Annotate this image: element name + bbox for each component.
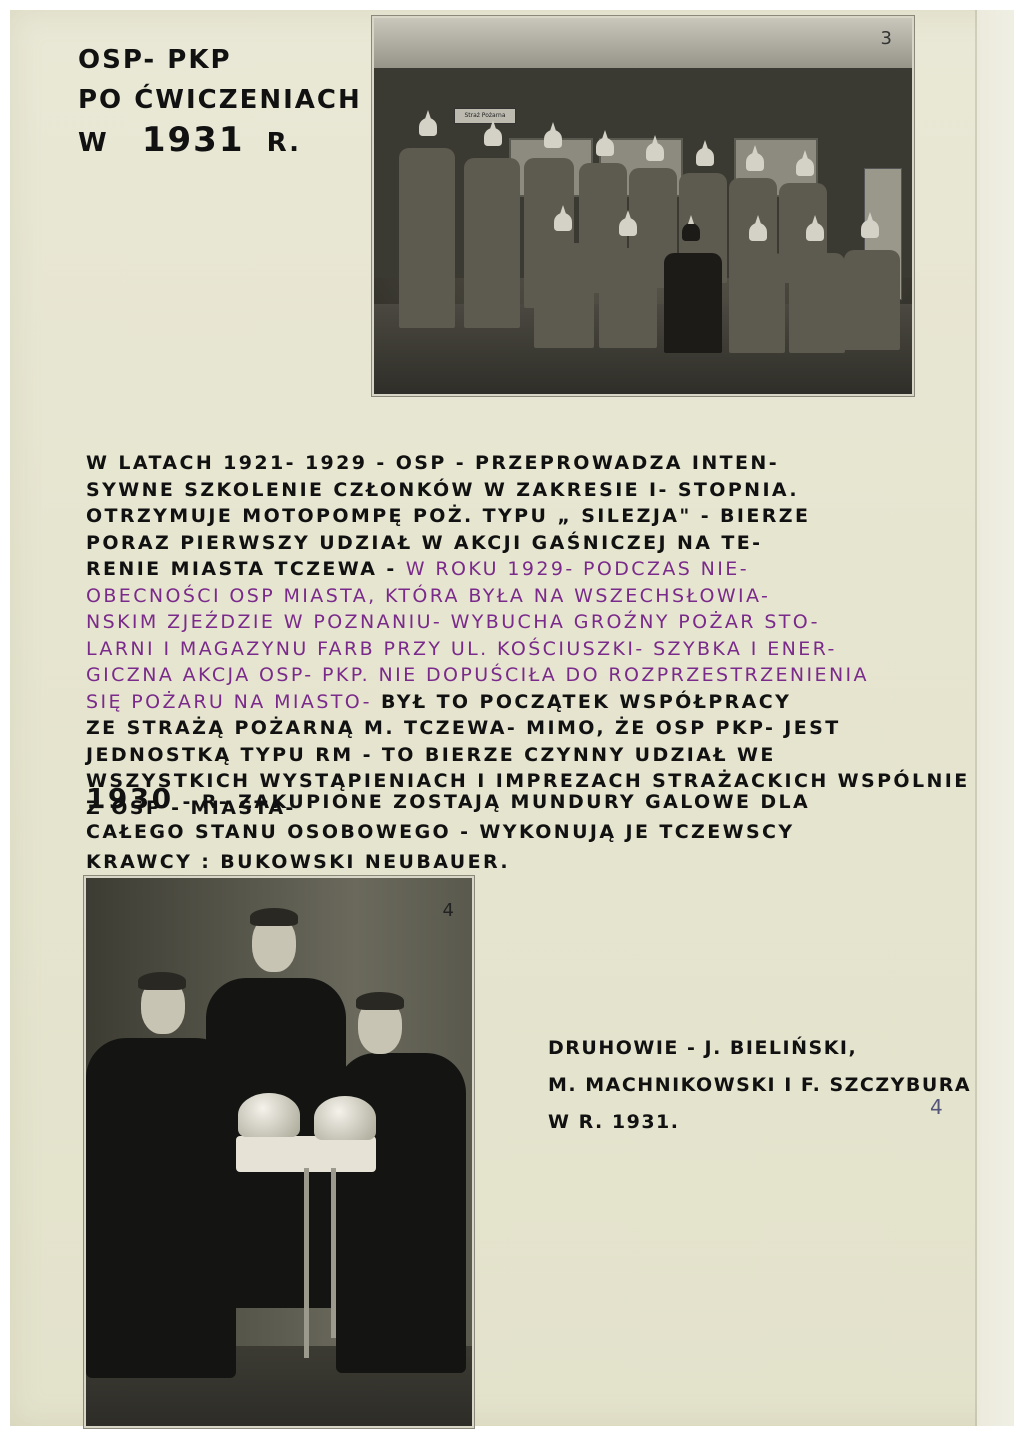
text-segment: - R- ZAKUPIONE ZOSTAJĄ MUNDURY GALOWE DL… — [174, 791, 811, 813]
title-line-3: W 1931 R. — [78, 120, 362, 163]
history-paragraph-1930: 1930 - R- ZAKUPIONE ZOSTAJĄ MUNDURY GALO… — [86, 784, 810, 877]
title-line-2: PO ĆWICZENIACH — [78, 80, 362, 120]
left-man-hair — [138, 972, 186, 990]
portrait-caption: DRUHOWIE - J. BIELIŃSKI, M. MACHNIKOWSKI… — [548, 1030, 971, 1141]
text-line: 1930 - R- ZAKUPIONE ZOSTAJĄ MUNDURY GALO… — [86, 784, 810, 817]
table-leg — [304, 1168, 309, 1358]
photo-number-4: 4 — [443, 900, 454, 921]
table-leg — [331, 1168, 336, 1338]
title-prefix: W — [78, 128, 109, 158]
caption-line-1: DRUHOWIE - J. BIELIŃSKI, — [548, 1030, 971, 1067]
left-man-uniform — [86, 1038, 236, 1378]
purple-ink-text: SIĘ POŻARU NA MIASTO- — [86, 691, 372, 713]
title-line-1: OSP- PKP — [78, 40, 362, 80]
right-man-hair — [356, 992, 404, 1010]
caption-line-2: M. MACHNIKOWSKI I F. SZCZYBURA — [548, 1067, 971, 1104]
portrait-photo: 4 — [84, 876, 474, 1428]
brass-helmet — [238, 1093, 300, 1137]
station-sign: Straż Pożarna — [454, 108, 516, 124]
page-edge — [977, 10, 1014, 1426]
purple-ink-text: W ROKU 1929- PODCZAS NIE- — [406, 558, 749, 580]
page-mark: 4 — [930, 1095, 943, 1119]
purple-ink-line: LARNI I MAGAZYNU FARB PRZY UL. KOŚCIUSZK… — [86, 636, 970, 663]
page-title: OSP- PKP PO ĆWICZENIACH W 1931 R. — [78, 40, 362, 163]
purple-ink-line: OBECNOŚCI OSP MIASTA, KTÓRA BYŁA NA WSZE… — [86, 583, 970, 610]
text-line: W LATACH 1921- 1929 - OSP - PRZEPROWADZA… — [86, 450, 970, 477]
purple-ink-line: GICZNA AKCJA OSP- PKP. NIE DOPUŚCIŁA DO … — [86, 662, 970, 689]
history-paragraph-1921-1929: W LATACH 1921- 1929 - OSP - PRZEPROWADZA… — [86, 450, 970, 821]
caption-line-3: W R. 1931. — [548, 1104, 971, 1141]
purple-ink-line: NSKIM ZJEŹDZIE W POZNANIU- WYBUCHA GROŹN… — [86, 609, 970, 636]
group-photo: Straż Pożarna 3 — [372, 16, 914, 396]
year-1930: 1930 — [86, 782, 174, 815]
text-line: PORAZ PIERWSZY UDZIAŁ W AKCJI GAŚNICZEJ … — [86, 530, 970, 557]
black-ink-text: BYŁ TO POCZĄTEK WSPÓŁPRACY — [372, 691, 791, 713]
title-year: 1931 — [142, 120, 245, 160]
title-suffix: R. — [267, 128, 301, 158]
black-ink-text: RENIE MIASTA TCZEWA - — [86, 558, 406, 580]
text-line: CAŁEGO STANU OSOBOWEGO - WYKONUJĄ JE TCZ… — [86, 817, 810, 847]
standing-man-hair — [250, 908, 298, 926]
text-line: RENIE MIASTA TCZEWA - W ROKU 1929- PODCZ… — [86, 556, 970, 583]
brass-helmet — [314, 1096, 376, 1140]
text-line: SIĘ POŻARU NA MIASTO- BYŁ TO POCZĄTEK WS… — [86, 689, 970, 716]
text-line: KRAWCY : BUKOWSKI NEUBAUER. — [86, 847, 810, 877]
photo-number-3: 3 — [881, 28, 892, 49]
text-line: OTRZYMUJE MOTOPOMPĘ POŻ. TYPU „ SILEZJA"… — [86, 503, 970, 530]
text-line: SYWNE SZKOLENIE CZŁONKÓW W ZAKRESIE I- S… — [86, 477, 970, 504]
text-line: ZE STRAŻĄ POŻARNĄ M. TCZEWA- MIMO, ŻE OS… — [86, 715, 970, 742]
table-cloth — [236, 1136, 376, 1172]
text-line: JEDNOSTKĄ TYPU RM - TO BIERZE CZYNNY UDZ… — [86, 742, 970, 769]
